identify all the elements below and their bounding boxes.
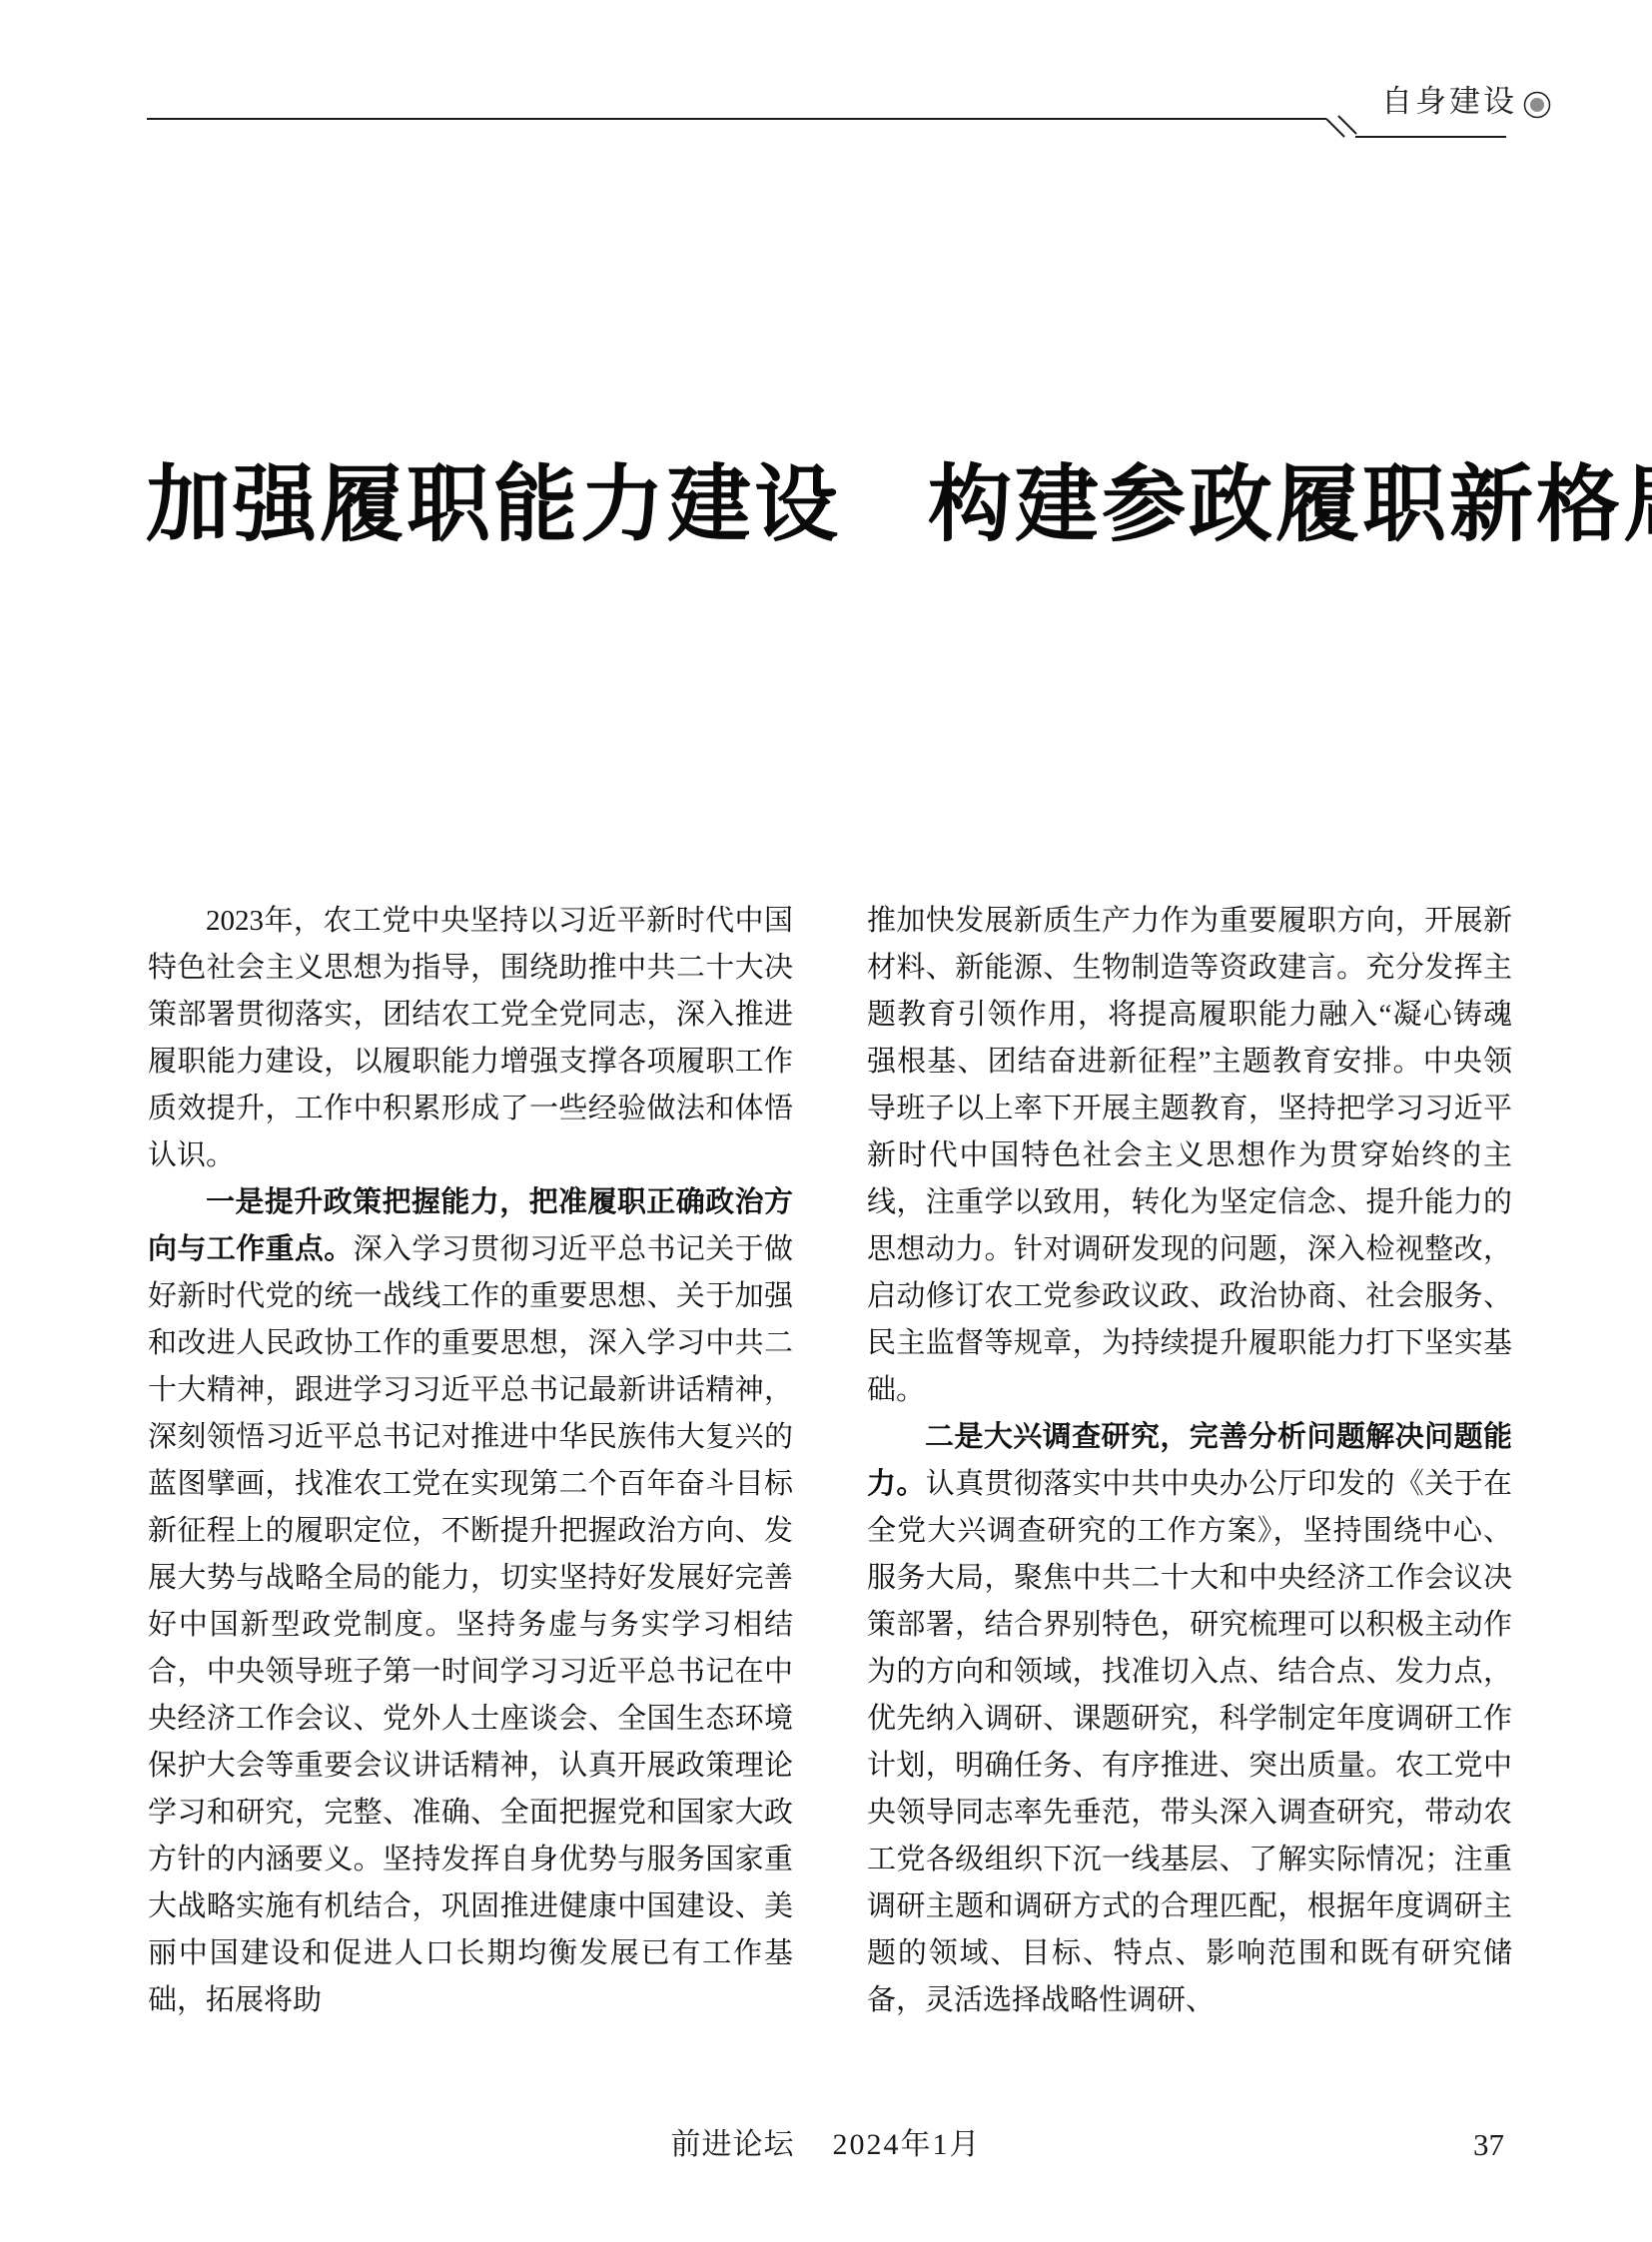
page-number: 37 — [1473, 2125, 1504, 2165]
article-title: 加强履职能力建设 构建参政履职新格局 — [146, 449, 1544, 559]
article-paragraph: 2023年，农工党中央坚持以习近平新时代中国特色社会主义思想为指导，围绕助推中共… — [148, 898, 793, 1179]
paragraph-lead: 二是大兴调查研究，完善分析问题解决问题能力。 — [867, 1421, 1512, 1500]
article-paragraph: 二是大兴调查研究，完善分析问题解决问题能力。认真贯彻落实中共中央办公厅印发的《关… — [867, 1414, 1512, 2024]
footer: 前进论坛2024年1月 — [0, 2125, 1652, 2165]
article-paragraph: 推加快发展新质生产力作为重要履职方向，开展新材料、新能源、生物制造等资政建言。充… — [867, 898, 1512, 1414]
journal-name: 前进论坛 — [671, 2128, 795, 2161]
magazine-page: 自身建设 加强履职能力建设 构建参政履职新格局 2023年，农工党中央坚持以习近… — [0, 0, 1652, 2242]
issue-date: 2024年1月 — [833, 2128, 982, 2161]
bullseye-icon — [1525, 93, 1550, 118]
section-label: 自身建设 — [1381, 86, 1517, 117]
article-paragraph: 一是提升政策把握能力，把准履职正确政治方向与工作重点。深入学习贯彻习近平总书记关… — [148, 1179, 793, 2024]
article-column-right: 推加快发展新质生产力作为重要履职方向，开展新材料、新能源、生物制造等资政建言。充… — [867, 898, 1512, 2024]
paragraph-lead: 一是提升政策把握能力，把准履职正确政治方向与工作重点。 — [148, 1186, 793, 1265]
article-column-left: 2023年，农工党中央坚持以习近平新时代中国特色社会主义思想为指导，围绕助推中共… — [148, 898, 793, 2024]
